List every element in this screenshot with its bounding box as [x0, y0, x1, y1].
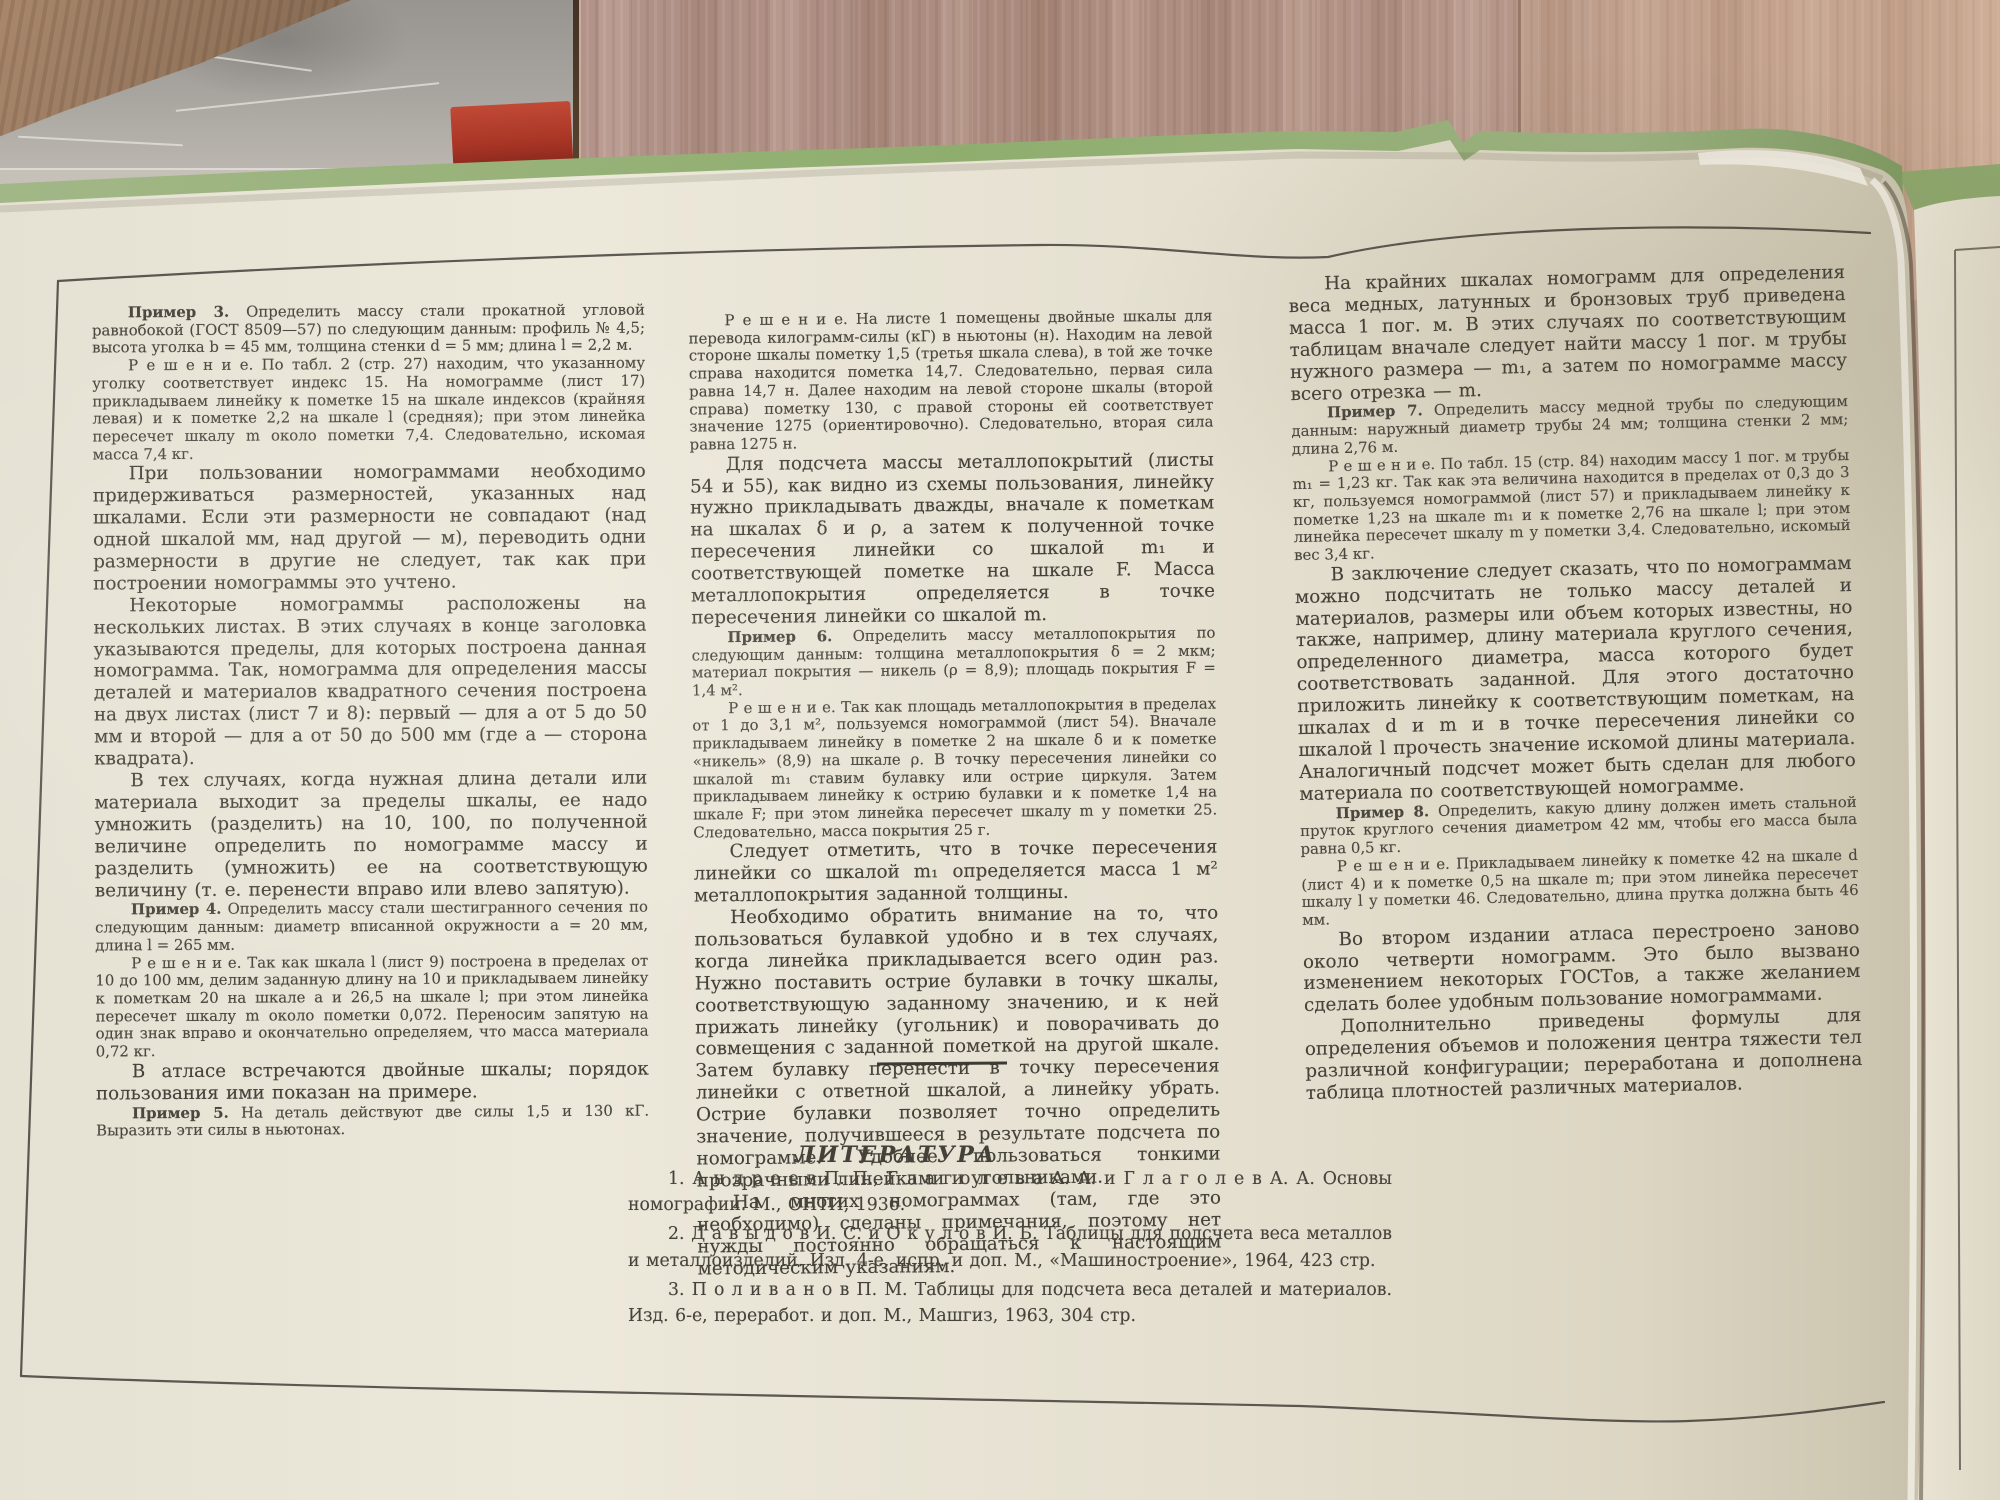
text-column-1: Пример 3. Определить массу стали прокатн… — [92, 302, 649, 1141]
paragraph: В заключение следует сказать, что по ном… — [1294, 553, 1856, 806]
paragraph: Для подсчета массы металлопокрытий (лист… — [690, 449, 1216, 629]
paragraph-solution-4: Р е ш е н и е. Так как шкала l (лист 9) … — [95, 952, 649, 1061]
paragraph-solution-3: Р е ш е н и е. По табл. 2 (стр. 27) нахо… — [92, 355, 646, 464]
paragraph: Следует отметить, что в точке пересечени… — [693, 837, 1218, 908]
solution-label: Р е ш е н и е. — [728, 698, 836, 717]
paragraph-text: Так как площадь металлопокрытия в предел… — [692, 694, 1217, 841]
paragraph-solution-7: Р е ш е н и е. По табл. 15 (стр. 84) нах… — [1292, 447, 1851, 565]
literature-section: 1. А н д р е е в П. П., Г л а г о л е в … — [628, 1166, 1392, 1332]
literature-item: 1. А н д р е е в П. П., Г л а г о л е в … — [628, 1166, 1392, 1218]
paragraph: Некоторые номограммы расположены на неск… — [93, 592, 647, 770]
example-label: Пример 6. — [727, 627, 832, 646]
example-label: Пример 4. — [131, 900, 222, 918]
text-column-2: Р е ш е н и е. На листе 1 помещены двойн… — [688, 308, 1221, 1280]
paragraph: Во втором издании атласа перестроено зан… — [1302, 918, 1861, 1018]
literature-item: 3. П о л и в а н о в П. М. Таблицы для п… — [628, 1277, 1392, 1329]
paragraph-example-5: Пример 5. На деталь действуют две силы 1… — [96, 1102, 649, 1140]
paragraph: В тех случаях, когда нужная длина детали… — [94, 768, 648, 902]
literature-title: ЛИТЕРАТУРА — [616, 1142, 1176, 1168]
paragraph-solution-6: Р е ш е н и е. Так как площадь металлопо… — [692, 695, 1217, 842]
paragraph-example-6: Пример 6. Определить массу металлопокрыт… — [691, 624, 1216, 700]
paragraph-solution-5: Р е ш е н и е. На листе 1 помещены двойн… — [688, 308, 1213, 455]
paragraph: В атласе встречаются двойные шкалы; поря… — [96, 1058, 649, 1105]
photo-of-book-page: Пример 3. Определить массу стали прокатн… — [0, 0, 2000, 1500]
paragraph: Дополнительно приведены формулы для опре… — [1304, 1005, 1863, 1105]
paragraph: На крайних шкалах номограмм для определе… — [1288, 262, 1848, 406]
solution-label: Р е ш е н и е. — [128, 356, 253, 375]
paragraph: При пользовании номограммами необходимо … — [93, 461, 647, 595]
example-label: Пример 5. — [132, 1103, 229, 1122]
paragraph-solution-8: Р е ш е н и е. Прикладываем линейку к по… — [1301, 847, 1859, 930]
text-column-3: На крайних шкалах номограмм для определе… — [1288, 262, 1863, 1105]
paragraph-example-4: Пример 4. Определить массу стали шестигр… — [95, 899, 648, 955]
solution-label: Р е ш е н и е. — [131, 953, 241, 972]
paragraph-text: На листе 1 помещены двойные шкалы для пе… — [689, 307, 1214, 454]
literature-item: 2. Д а в ы д о в И. С. и О к у л о в И. … — [628, 1221, 1392, 1273]
paragraph-example-3: Пример 3. Определить массу стали прокатн… — [92, 302, 645, 358]
solution-label: Р е ш е н и е. — [724, 310, 847, 329]
example-label: Пример 3. — [128, 303, 229, 322]
